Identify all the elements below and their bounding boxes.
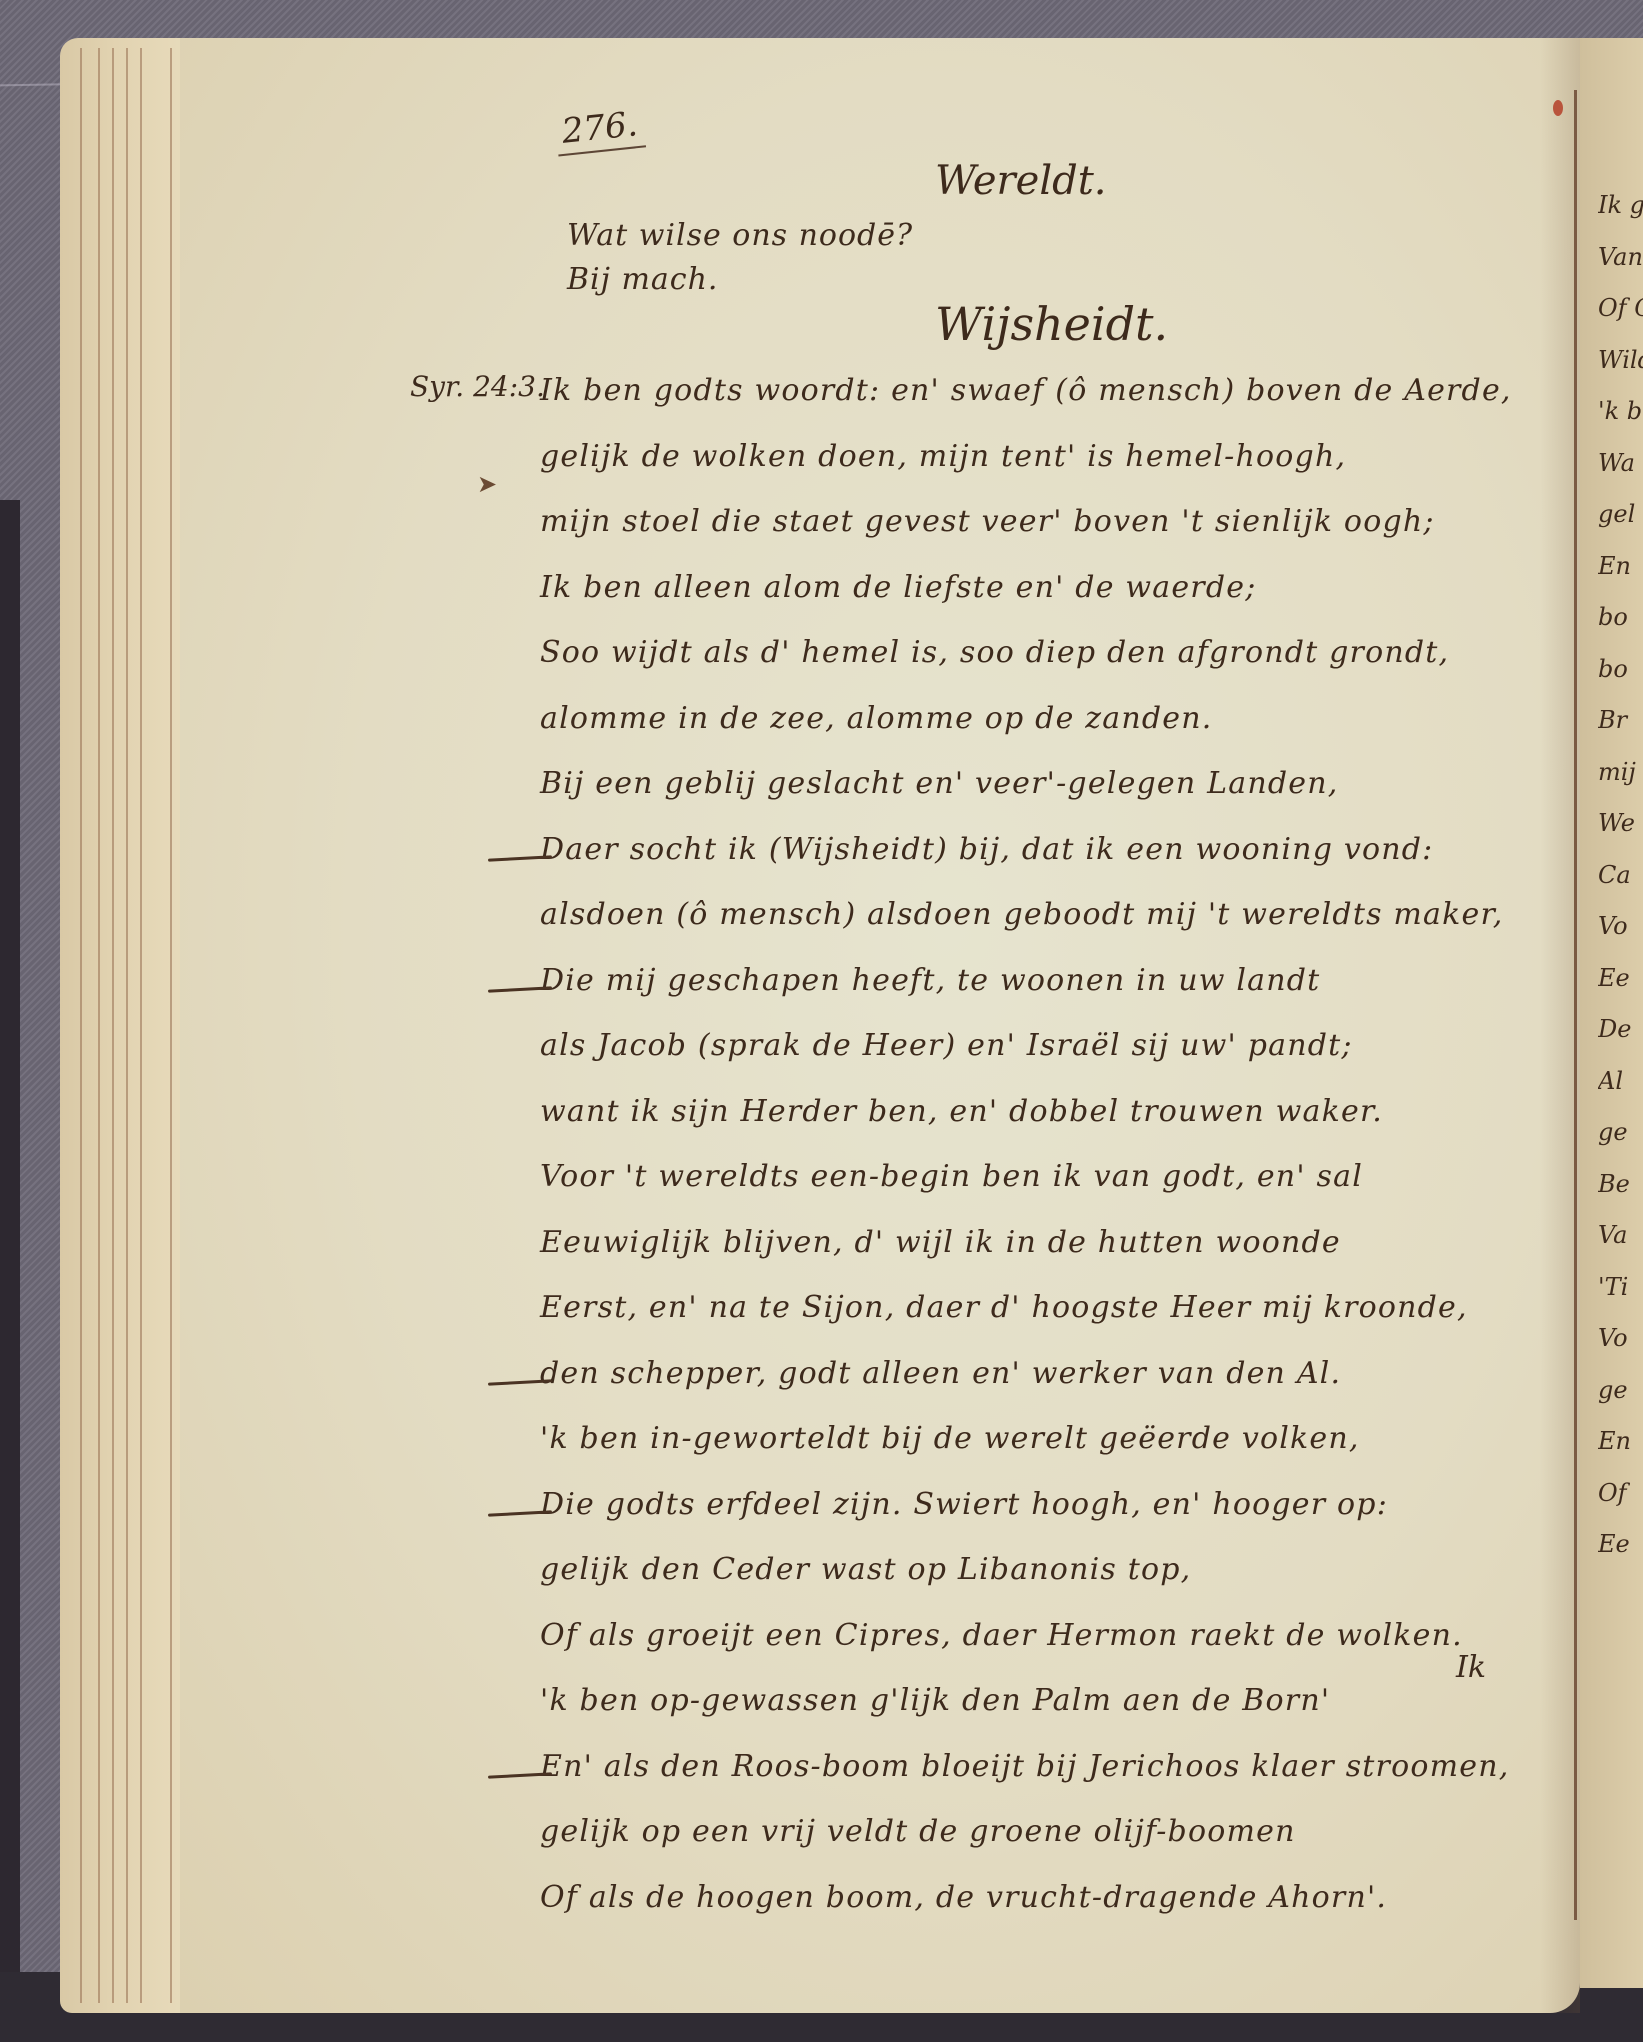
verse-line: En' als den Roos-boom bloeijt bij Jerich… [540, 1734, 1560, 1800]
verse-text: den schepper, godt alleen en' werker van… [540, 1356, 1341, 1391]
verse-text: Die godts erfdeel zijn. Swiert hoogh, en… [540, 1487, 1388, 1522]
verse-line: Bij een geblij geslacht en' veer'-gelege… [540, 751, 1560, 817]
facing-page-fragment: Ee [1598, 1519, 1643, 1571]
margin-reference: Syr. 24:3. [410, 370, 545, 403]
catchword: Ik [1456, 1650, 1486, 1685]
verse-text: Eeuwiglijk blijven, d' wijl ik in de hut… [540, 1225, 1341, 1260]
facing-page-fragment: Ee [1598, 953, 1643, 1005]
facing-page-fragment: Be [1598, 1159, 1643, 1211]
facing-page-fragment: We [1598, 798, 1643, 850]
facing-page-fragment: Wa [1598, 438, 1643, 490]
verse-line: 'k ben in-geworteldt bij de werelt geëer… [540, 1406, 1560, 1472]
verse-line: Daer socht ik (Wijsheidt) bij, dat ik ee… [540, 817, 1560, 883]
verse-line: gelijk de wolken doen, mijn tent' is hem… [540, 424, 1560, 490]
verse-line: Ik ben godts woordt: en' swaef (ô mensch… [540, 358, 1560, 424]
verse-text: Ik ben godts woordt: en' swaef (ô mensch… [540, 373, 1512, 408]
facing-page-fragment: ge [1598, 1107, 1643, 1159]
facing-page-fragment: Of O [1598, 283, 1643, 335]
verse-line: Voor 't wereldts een-begin ben ik van go… [540, 1144, 1560, 1210]
facing-page-fragment: En [1598, 1416, 1643, 1468]
verse-text: Soo wijdt als d' hemel is, soo diep den … [540, 635, 1449, 670]
verse-line: Die godts erfdeel zijn. Swiert hoogh, en… [540, 1472, 1560, 1538]
verse-text: Daer socht ik (Wijsheidt) bij, dat ik ee… [540, 832, 1433, 867]
facing-page-fragment: Vo [1598, 1313, 1643, 1365]
verse-line: gelijk den Ceder wast op Libanonis top, [540, 1537, 1560, 1603]
facing-page-fragment: De [1598, 1004, 1643, 1056]
verse-text: En' als den Roos-boom bloeijt bij Jerich… [540, 1749, 1509, 1784]
facing-page-text: Ik geVanOf OWilde'k bWagelEnboboBrmijWeC… [1598, 180, 1643, 1571]
verse-text: want ik sijn Herder ben, en' dobbel trou… [540, 1094, 1383, 1129]
verse-line: Ik ben alleen alom de liefste en' de wae… [540, 555, 1560, 621]
verse-text: 'k ben in-geworteldt bij de werelt geëer… [540, 1421, 1360, 1456]
facing-page-fragment: Ik ge [1598, 180, 1643, 232]
speaker-heading-wereldt: Wereldt. [935, 158, 1107, 204]
dialogue-line: Bij mach. [567, 262, 718, 297]
verse-line: want ik sijn Herder ben, en' dobbel trou… [540, 1079, 1560, 1145]
verse-text: Ik ben alleen alom de liefste en' de wae… [540, 570, 1257, 605]
facing-page-fragment: mij [1598, 747, 1643, 799]
verse-line: Eerst, en' na te Sijon, daer d' hoogste … [540, 1275, 1560, 1341]
page-edge-line [140, 48, 142, 2003]
page-edge-stack [60, 38, 200, 2013]
verse-text: Eerst, en' na te Sijon, daer d' hoogste … [540, 1290, 1468, 1325]
verse-line: 'k ben op-gewassen g'lijk den Palm aen d… [540, 1668, 1560, 1734]
page-edge-line [126, 48, 128, 2003]
verse-text: Bij een geblij geslacht en' veer'-gelege… [540, 766, 1339, 801]
verse-line: alomme in de zee, alomme op de zanden. [540, 686, 1560, 752]
verse-line: alsdoen (ô mensch) alsdoen geboodt mij '… [540, 882, 1560, 948]
verse-line: den schepper, godt alleen en' werker van… [540, 1341, 1560, 1407]
verse-text: alsdoen (ô mensch) alsdoen geboodt mij '… [540, 897, 1503, 932]
margin-arrow-icon: ➤ [477, 470, 497, 498]
verse-line: Soo wijdt als d' hemel is, soo diep den … [540, 620, 1560, 686]
verse-line: Of als groeijt een Cipres, daer Hermon r… [540, 1603, 1560, 1669]
facing-page-fragment: Van [1598, 232, 1643, 284]
verse-line: Die mij geschapen heeft, te woonen in uw… [540, 948, 1560, 1014]
facing-page-fragment: Br [1598, 695, 1643, 747]
facing-page-fragment: 'k b [1598, 386, 1643, 438]
binding-thread [1553, 100, 1563, 116]
page-edge-line [112, 48, 114, 2003]
verse-text: gelijk de wolken doen, mijn tent' is hem… [540, 439, 1346, 474]
verse-text: Of als de hoogen boom, de vrucht-dragend… [540, 1880, 1387, 1915]
facing-page-fragment: ge [1598, 1365, 1643, 1417]
facing-page-fragment: En [1598, 541, 1643, 593]
facing-page-fragment: gel [1598, 489, 1643, 541]
cloth-shadow-left [0, 500, 20, 2000]
facing-page-fragment: 'Ti [1598, 1262, 1643, 1314]
verse-text: Die mij geschapen heeft, te woonen in uw… [540, 963, 1320, 998]
facing-page-fragment: Al [1598, 1056, 1643, 1108]
verse-text: mijn stoel die staet gevest veer' boven … [540, 504, 1435, 539]
verse-text: Of als groeijt een Cipres, daer Hermon r… [540, 1618, 1463, 1653]
page-edge-line [80, 48, 82, 2003]
verse-block: Ik ben godts woordt: en' swaef (ô mensch… [540, 358, 1560, 1930]
facing-page-fragment: bo [1598, 644, 1643, 696]
page-number: 276. [554, 104, 646, 157]
facing-page-fragment: bo [1598, 592, 1643, 644]
verse-line: als Jacob (sprak de Heer) en' Israël sij… [540, 1013, 1560, 1079]
gutter-line [1574, 90, 1577, 1920]
verse-text: gelijk op een vrij veldt de groene olijf… [540, 1814, 1296, 1849]
page-edge-line [98, 48, 100, 2003]
verse-line: mijn stoel die staet gevest veer' boven … [540, 489, 1560, 555]
dialogue-line: Wat wilse ons noodē? [567, 218, 913, 253]
speaker-heading-wijsheidt: Wijsheidt. [935, 297, 1168, 351]
verse-line: gelijk op een vrij veldt de groene olijf… [540, 1799, 1560, 1865]
facing-page-fragment: Ca [1598, 850, 1643, 902]
verse-text: als Jacob (sprak de Heer) en' Israël sij… [540, 1028, 1353, 1063]
facing-page-fragment: Wilde [1598, 335, 1643, 387]
facing-page-fragment: Vo [1598, 901, 1643, 953]
verse-text: 'k ben op-gewassen g'lijk den Palm aen d… [540, 1683, 1330, 1718]
verse-text: alomme in de zee, alomme op de zanden. [540, 701, 1213, 736]
verse-text: Voor 't wereldts een-begin ben ik van go… [540, 1159, 1363, 1194]
facing-page-fragment: Va [1598, 1210, 1643, 1262]
verse-line: Eeuwiglijk blijven, d' wijl ik in de hut… [540, 1210, 1560, 1276]
facing-page-fragment: Of [1598, 1468, 1643, 1520]
page-edge-line [170, 48, 172, 2003]
verse-line: Of als de hoogen boom, de vrucht-dragend… [540, 1865, 1560, 1931]
verse-text: gelijk den Ceder wast op Libanonis top, [540, 1552, 1191, 1587]
